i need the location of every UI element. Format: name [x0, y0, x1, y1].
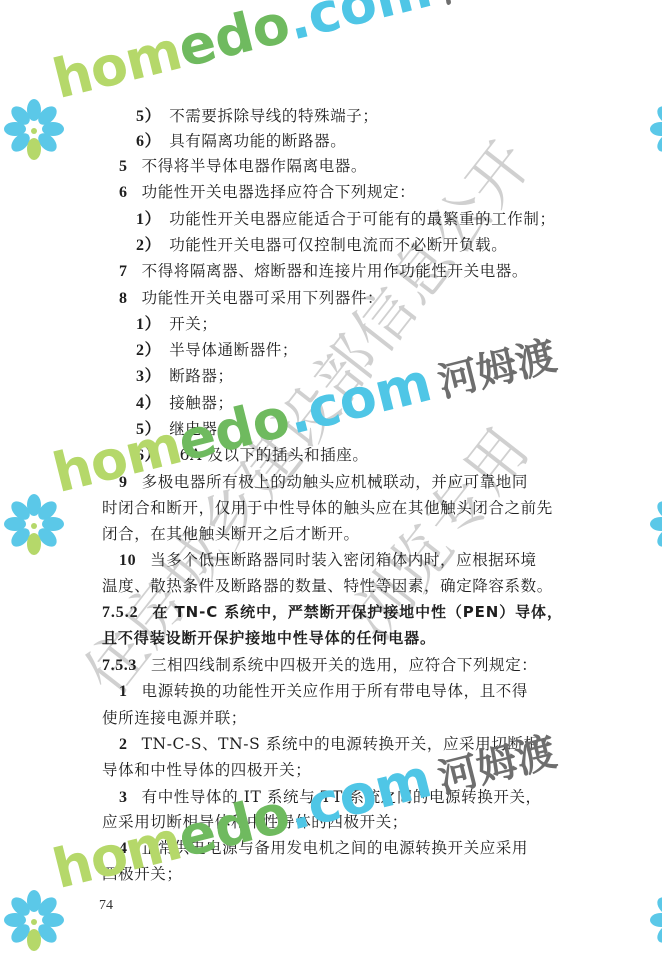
- homedo-watermark: homedo.com河姆渡: [47, 0, 562, 111]
- clause-item: 5不得将半导体电器作隔离电器。: [119, 156, 367, 177]
- list-item: 2）功能性开关电器可仅控制电流而不必断开负载。: [136, 235, 507, 256]
- clause-item: 6功能性开关电器选择应符合下列规定：: [119, 182, 415, 203]
- clause-continuation: 温度、散热条件及断路器的数量、特性等因素，确定降容系数。: [102, 576, 553, 596]
- homedo-flower-logo-icon: [2, 97, 66, 161]
- section-heading-7-5-3: 7.5.3三相四线制系统中四极开关的选用，应符合下列规定：: [102, 655, 537, 676]
- clause-item: 10当多个低压断路器同时装入密闭箱体内时，应根据环境: [119, 550, 537, 571]
- clause-continuation: 闭合，在其他触头断开之后才断开。: [102, 524, 360, 544]
- section-heading-7-5-2: 7.5.2在 TN-C 系统中，严禁断开保护接地中性（PEN）导体，: [102, 602, 563, 623]
- homedo-flower-logo-icon: [648, 97, 662, 161]
- list-item: 1）功能性开关电器应能适合于可能有的最繁重的工作制；: [136, 209, 556, 230]
- document-page: 住房城乡建设部信息公开 浏览专用 5）不需要拆除导线的特殊端子； 6）具有隔离功…: [0, 0, 662, 958]
- clause-item: 1电源转换的功能性开关应作用于所有带电导体，且不得: [119, 681, 528, 702]
- clause-item: 8功能性开关电器可采用下列器件：: [119, 288, 383, 309]
- list-item: 3）断路器；: [136, 366, 234, 387]
- list-item: 1）开关；: [136, 314, 218, 335]
- section-continuation: 且不得装设断开保护接地中性导体的任何电器。: [102, 628, 436, 648]
- list-item: 5）不需要拆除导线的特殊端子；: [136, 106, 379, 127]
- homedo-flower-logo-icon: [648, 888, 662, 952]
- homedo-flower-logo-icon: [2, 888, 66, 952]
- homedo-flower-logo-icon: [648, 492, 662, 556]
- clause-continuation: 时闭合和断开，仅用于中性导体的触头应在其他触头闭合之前先: [102, 498, 553, 518]
- clause-continuation: 使所连接电源并联；: [102, 708, 247, 728]
- list-item: 2）半导体通断器件；: [136, 340, 298, 361]
- clause-item: 7不得将隔离器、熔断器和连接片用作功能性开关电器。: [119, 261, 528, 282]
- homedo-flower-logo-icon: [2, 492, 66, 556]
- clause-continuation: 导体和中性导体的四极开关；: [102, 760, 311, 780]
- page-number: 74: [99, 898, 113, 914]
- list-item: 6）具有隔离功能的断路器。: [136, 131, 346, 152]
